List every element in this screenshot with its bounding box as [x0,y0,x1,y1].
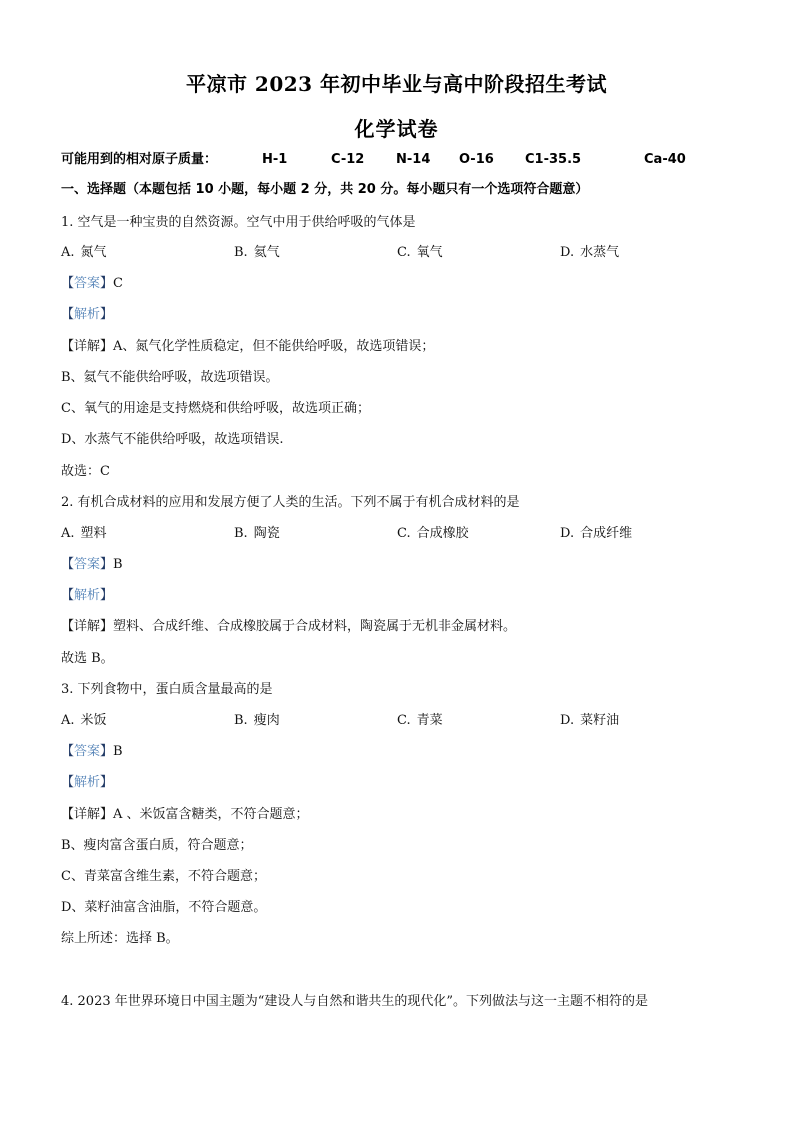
options-row: A.塑料 B.陶瓷 C.合成橡胶 D.合成纤维 [0,525,793,543]
detail-line: D、菜籽油富含油脂，不符合题意。 [61,899,266,917]
atomic-mass: O-16 [459,151,494,169]
option-b: B.陶瓷 [234,525,280,543]
answer-value: B [113,744,123,759]
detail-line: B、氦气不能供给呼吸，故选项错误。 [61,369,279,387]
detail-line: 【详解】塑料、合成纤维、合成橡胶属于合成材料，陶瓷属于无机非金属材料。 [61,618,516,636]
exam-subtitle: 化学试卷 [0,113,793,142]
option-d: D.合成纤维 [560,525,632,543]
option-c: C.合成橡胶 [397,525,469,543]
question-stem: 4. 2023 年世界环境日中国主题为“建设人与自然和谐共生的现代化”。下列做法… [61,993,648,1011]
question-stem: 3. 下列食物中，蛋白质含量最高的是 [61,681,273,699]
detail-line: C、青菜富含维生素，不符合题意； [61,868,266,886]
atomic-mass: C1-35.5 [525,151,581,169]
answer-value: B [113,557,123,572]
detail-line: C、氧气的用途是支持燃烧和供给呼吸，故选项正确； [61,400,370,418]
section-heading: 一、选择题（本题包括 10 小题，每小题 2 分，共 20 分。每小题只有一个选… [61,181,588,199]
answer-line: 【答案】C [61,275,123,293]
atomic-mass: N-14 [396,151,430,169]
conclusion-line: 故选 B。 [61,650,114,668]
option-b: B.氦气 [234,244,280,262]
atomic-masses-row: 可能用到的相对原子质量： H-1 C-12 N-14 O-16 C1-35.5 … [61,151,761,169]
atomic-mass: H-1 [262,151,287,169]
answer-value: C [113,276,123,291]
exam-page: 平凉市 2023 年初中毕业与高中阶段招生考试 化学试卷 可能用到的相对原子质量… [0,0,793,1122]
question-stem: 2. 有机合成材料的应用和发展方便了人类的生活。下列不属于有机合成材料的是 [61,494,520,512]
exam-title: 平凉市 2023 年初中毕业与高中阶段招生考试 [0,68,793,97]
option-d: D.水蒸气 [560,244,619,262]
conclusion-line: 综上所述：选择 B。 [61,930,179,948]
option-a: A.塑料 [61,525,107,543]
analysis-label: 【解析】 [61,306,113,324]
atomic-mass: Ca-40 [644,151,686,169]
detail-line: B、瘦肉富含蛋白质，符合题意； [61,837,253,855]
atomic-mass: C-12 [331,151,364,169]
option-a: A.氮气 [61,244,107,262]
options-row: A.米饭 B.瘦肉 C.青菜 D.菜籽油 [0,712,793,730]
detail-line: D、水蒸气不能供给呼吸，故选项错误. [61,431,284,449]
options-row: A.氮气 B.氦气 C.氧气 D.水蒸气 [0,244,793,262]
option-a: A.米饭 [61,712,107,730]
answer-line: 【答案】B [61,743,123,761]
conclusion-line: 故选：C [61,463,110,481]
question-stem: 1. 空气是一种宝贵的自然资源。空气中用于供给呼吸的气体是 [61,214,416,232]
detail-line: 【详解】A 、米饭富含糖类，不符合题意； [61,806,309,824]
option-c: C.氧气 [397,244,443,262]
detail-line: 【详解】A、氮气化学性质稳定，但不能供给呼吸，故选项错误； [61,338,434,356]
answer-line: 【答案】B [61,556,123,574]
option-d: D.菜籽油 [560,712,619,730]
option-b: B.瘦肉 [234,712,280,730]
analysis-label: 【解析】 [61,774,113,792]
analysis-label: 【解析】 [61,587,113,605]
atomic-masses-label: 可能用到的相对原子质量： [61,152,217,167]
option-c: C.青菜 [397,712,443,730]
